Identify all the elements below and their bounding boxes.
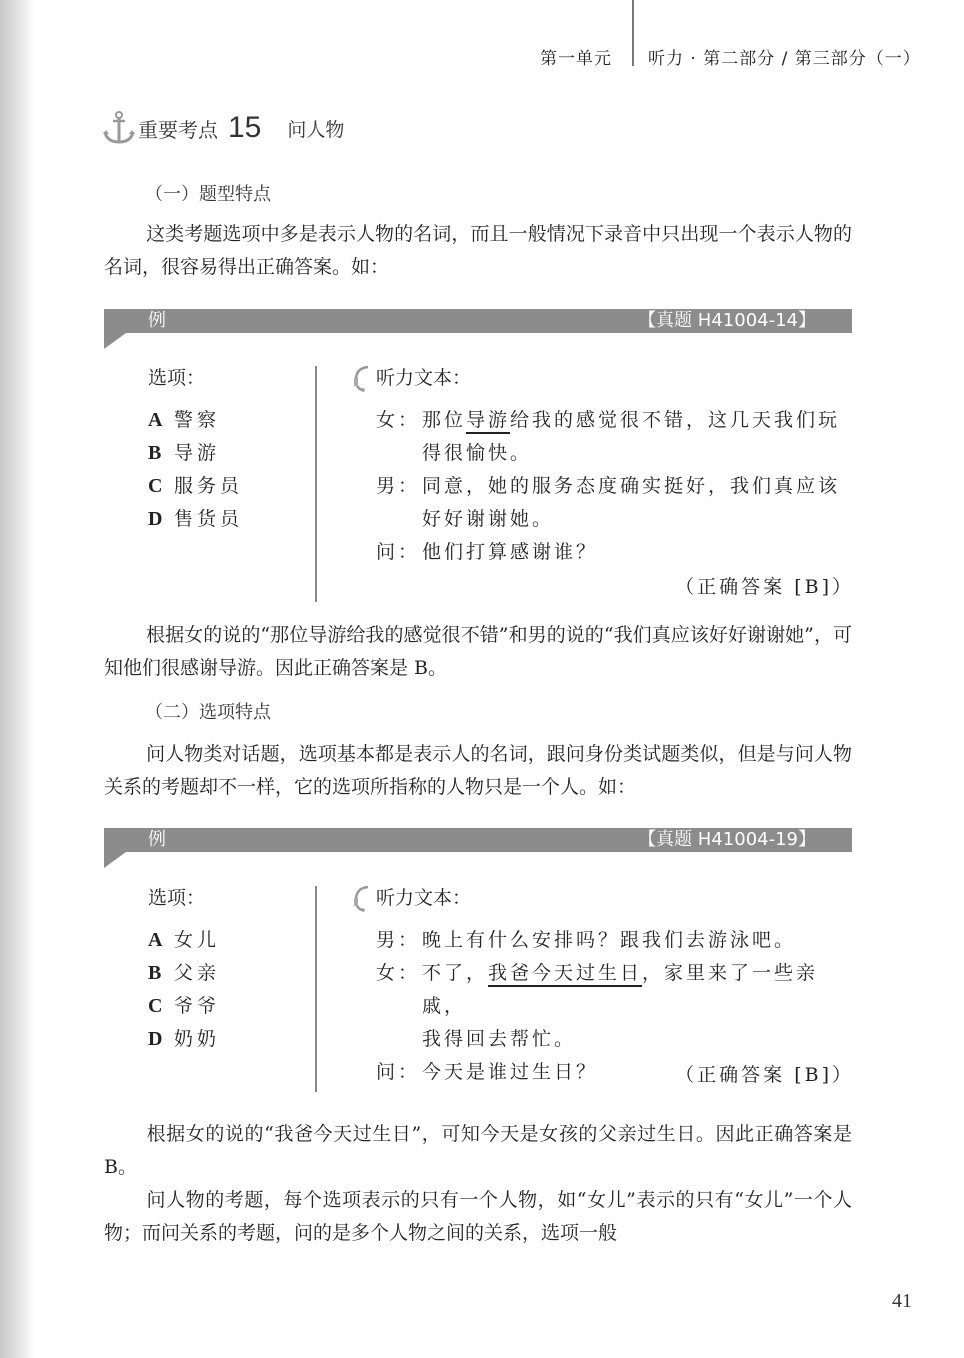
option-b: B父亲 bbox=[148, 957, 220, 990]
example1-explanation: 根据女的说的“那位导游给我的感觉很不错”和男的说的“我们真应该好好谢谢她”，可知… bbox=[104, 619, 852, 685]
example2-source: 【真题 H41004-19】 bbox=[638, 828, 816, 852]
key-point-label: 重要考点 bbox=[138, 114, 218, 143]
dialog-line: 男：晚上有什么安排吗？跟我们去游泳吧。 bbox=[352, 924, 857, 957]
underlined-key-phrase: 导游 bbox=[466, 409, 510, 431]
header-divider bbox=[632, 0, 634, 66]
anchor-icon bbox=[102, 110, 136, 146]
example2-answer: （正确答案 [B]） bbox=[675, 1060, 854, 1087]
example1-answer: （正确答案 [B]） bbox=[675, 572, 854, 599]
section1-heading: （一）题型特点 bbox=[145, 180, 271, 206]
listening-title: 听力文本： bbox=[352, 882, 857, 915]
example2-column-divider bbox=[315, 886, 317, 1092]
options-title: 选项： bbox=[148, 882, 220, 915]
option-b: B导游 bbox=[148, 437, 243, 470]
option-d: D奶奶 bbox=[148, 1023, 220, 1056]
option-c: C爷爷 bbox=[148, 990, 220, 1023]
option-c: C服务员 bbox=[148, 470, 243, 503]
dialog-line-continuation: 得很愉快。 bbox=[352, 437, 857, 470]
option-a: A警察 bbox=[148, 404, 243, 437]
listening-title: 听力文本： bbox=[352, 362, 857, 395]
example1-header-bar: 例 【真题 H41004-14】 bbox=[104, 309, 852, 333]
example2-explanation: 根据女的说的“我爸今天过生日”，可知今天是女孩的父亲过生日。因此正确答案是 B。 bbox=[104, 1118, 852, 1184]
example1-options: 选项： A警察 B导游 C服务员 D售货员 bbox=[148, 362, 243, 536]
running-header-section: 听力 · 第二部分 / 第三部分（一） bbox=[648, 44, 921, 69]
example1-listening: 听力文本： 女：那位导游给我的感觉很不错，这几天我们玩 得很愉快。 男：同意，她… bbox=[352, 362, 857, 569]
running-header-unit: 第一单元 bbox=[540, 44, 612, 69]
example2-options: 选项： A女儿 B父亲 C爷爷 D奶奶 bbox=[148, 882, 220, 1056]
example2-header-bar: 例 【真题 H41004-19】 bbox=[104, 828, 852, 852]
key-point-number: 15 bbox=[228, 111, 261, 145]
option-d: D售货员 bbox=[148, 503, 243, 536]
dialog-question: 问：他们打算感谢谁？ bbox=[352, 536, 857, 569]
key-point-title: 重要考点 15 问人物 bbox=[102, 108, 344, 148]
section2-paragraph: 问人物类对话题，选项基本都是表示人的名词，跟问身份类试题类似，但是与问人物关系的… bbox=[104, 738, 852, 804]
option-a: A女儿 bbox=[148, 924, 220, 957]
dialog-line-continuation: 我得回去帮忙。 bbox=[352, 1023, 857, 1056]
bar-tail bbox=[104, 852, 126, 868]
bar-tail bbox=[104, 333, 126, 349]
dialog-line: 男：同意，她的服务态度确实挺好，我们真应该 bbox=[352, 470, 857, 503]
dialog-line: 女：那位导游给我的感觉很不错，这几天我们玩 bbox=[352, 404, 857, 437]
example1-column-divider bbox=[315, 366, 317, 602]
options-title: 选项： bbox=[148, 362, 243, 395]
page-number: 41 bbox=[892, 1290, 912, 1313]
example1-source: 【真题 H41004-14】 bbox=[638, 309, 816, 333]
dialog-line: 女：不了，我爸今天过生日，家里来了一些亲戚， bbox=[352, 957, 857, 1023]
section1-paragraph-text: 这类考题选项中多是表示人物的名词，而且一般情况下录音中只出现一个表示人物的名词，… bbox=[104, 223, 852, 278]
example2-label: 例 bbox=[148, 828, 166, 852]
closing-paragraph: 问人物的考题，每个选项表示的只有一个人物，如“女儿”表示的只有“女儿”一个人物；… bbox=[104, 1184, 852, 1250]
section2-heading: （二）选项特点 bbox=[145, 698, 271, 724]
headset-icon bbox=[352, 364, 374, 394]
underlined-key-phrase: 我爸今天过生日 bbox=[488, 962, 642, 984]
example2-listening: 听力文本： 男：晚上有什么安排吗？跟我们去游泳吧。 女：不了，我爸今天过生日，家… bbox=[352, 882, 857, 1089]
headset-icon bbox=[352, 884, 374, 914]
key-point-topic: 问人物 bbox=[287, 115, 344, 142]
section1-paragraph: 这类考题选项中多是表示人物的名词，而且一般情况下录音中只出现一个表示人物的名词，… bbox=[104, 218, 852, 284]
dialog-line-continuation: 好好谢谢她。 bbox=[352, 503, 857, 536]
example1-label: 例 bbox=[148, 309, 166, 333]
book-spine-shadow bbox=[0, 0, 34, 1358]
